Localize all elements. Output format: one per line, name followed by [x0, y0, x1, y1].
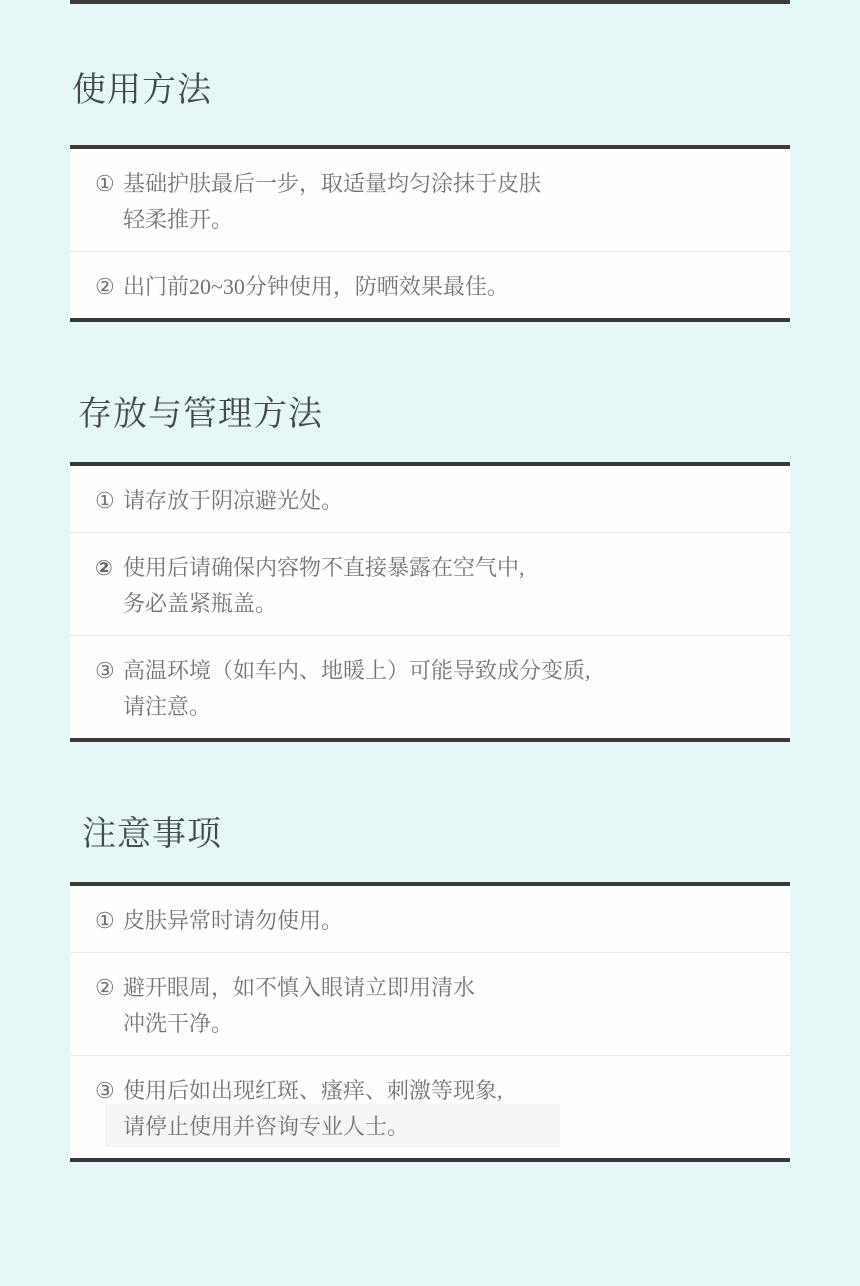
usage-item-1: ① 基础护肤最后一步，取适量均匀涂抹于皮肤 轻柔推开。 — [70, 149, 790, 251]
section-storage-management: 存放与管理方法 ① 请存放于阴凉避光处。 ② 使用后请确保内容物不直接暴露在空气… — [70, 394, 790, 742]
previous-card-bottom-rule — [70, 0, 790, 4]
section-title-storage: 存放与管理方法 — [78, 394, 790, 435]
storage-item-3: ③ 高温环境（如车内、地暖上）可能导致成分变质, 请注意。 — [70, 635, 790, 738]
item-text-line: 使用后如出现红斑、瘙痒、刺激等现象, — [123, 1073, 770, 1109]
item-text-line: 轻柔推开。 — [123, 202, 770, 238]
item-text-line: 基础护肤最后一步，取适量均匀涂抹于皮肤 — [123, 166, 770, 202]
storage-card: ① 请存放于阴凉避光处。 ② 使用后请确保内容物不直接暴露在空气中, 务必盖紧瓶… — [70, 462, 790, 742]
item-text: 请存放于阴凉避光处。 — [123, 483, 770, 519]
item-text: 基础护肤最后一步，取适量均匀涂抹于皮肤 轻柔推开。 — [123, 166, 770, 238]
circled-number-icon: ② — [95, 269, 123, 305]
storage-item-2: ② 使用后请确保内容物不直接暴露在空气中, 务必盖紧瓶盖。 — [70, 532, 790, 635]
item-text-line: 使用后请确保内容物不直接暴露在空气中, — [123, 550, 770, 586]
storage-item-1: ① 请存放于阴凉避光处。 — [70, 466, 790, 532]
item-text-line: 高温环境（如车内、地暖上）可能导致成分变质, — [123, 653, 770, 689]
circled-number-icon: ② — [95, 550, 123, 586]
item-text-line: 请注意。 — [123, 689, 770, 725]
item-text: 高温环境（如车内、地暖上）可能导致成分变质, 请注意。 — [123, 653, 770, 725]
section-title-precautions: 注意事项 — [82, 814, 790, 855]
content-column: 使用方法 ① 基础护肤最后一步，取适量均匀涂抹于皮肤 轻柔推开。 ② 出门前20… — [70, 0, 790, 1162]
section-title-usage: 使用方法 — [72, 70, 790, 111]
precaution-item-1: ① 皮肤异常时请勿使用。 — [70, 886, 790, 952]
item-text-line: 请停止使用并咨询专业人士。 — [123, 1109, 770, 1145]
item-text-line: 务必盖紧瓶盖。 — [123, 586, 770, 622]
precaution-item-2: ② 避开眼周，如不慎入眼请立即用清水 冲洗干净。 — [70, 952, 790, 1055]
circled-number-icon: ① — [95, 166, 123, 202]
precautions-card: ① 皮肤异常时请勿使用。 ② 避开眼周，如不慎入眼请立即用清水 冲洗干净。 ③ — [70, 882, 790, 1162]
item-text: 皮肤异常时请勿使用。 — [123, 903, 770, 939]
section-usage-instructions: 使用方法 ① 基础护肤最后一步，取适量均匀涂抹于皮肤 轻柔推开。 ② 出门前20… — [70, 70, 790, 322]
product-info-page: 使用方法 ① 基础护肤最后一步，取适量均匀涂抹于皮肤 轻柔推开。 ② 出门前20… — [0, 0, 860, 1286]
item-text-line: 请存放于阴凉避光处。 — [123, 483, 770, 519]
item-text-line: 避开眼周，如不慎入眼请立即用清水 — [123, 970, 770, 1006]
circled-number-icon: ① — [95, 483, 123, 519]
usage-card: ① 基础护肤最后一步，取适量均匀涂抹于皮肤 轻柔推开。 ② 出门前20~30分钟… — [70, 145, 790, 322]
item-text-line: 冲洗干净。 — [123, 1006, 770, 1042]
precaution-item-3: ③ 使用后如出现红斑、瘙痒、刺激等现象, 请停止使用并咨询专业人士。 — [70, 1055, 790, 1158]
circled-number-icon: ① — [95, 903, 123, 939]
section-precautions: 注意事项 ① 皮肤异常时请勿使用。 ② 避开眼周，如不慎入眼请立即用清水 冲洗干… — [70, 814, 790, 1162]
item-text: 避开眼周，如不慎入眼请立即用清水 冲洗干净。 — [123, 970, 770, 1042]
circled-number-icon: ② — [95, 970, 123, 1006]
usage-item-2: ② 出门前20~30分钟使用，防晒效果最佳。 — [70, 251, 790, 318]
item-text-line: 皮肤异常时请勿使用。 — [123, 903, 770, 939]
item-text: 使用后请确保内容物不直接暴露在空气中, 务必盖紧瓶盖。 — [123, 550, 770, 622]
item-text: 出门前20~30分钟使用，防晒效果最佳。 — [123, 269, 770, 305]
item-text: 使用后如出现红斑、瘙痒、刺激等现象, 请停止使用并咨询专业人士。 — [123, 1073, 770, 1145]
circled-number-icon: ③ — [95, 653, 123, 689]
item-text-line: 出门前20~30分钟使用，防晒效果最佳。 — [123, 269, 770, 305]
